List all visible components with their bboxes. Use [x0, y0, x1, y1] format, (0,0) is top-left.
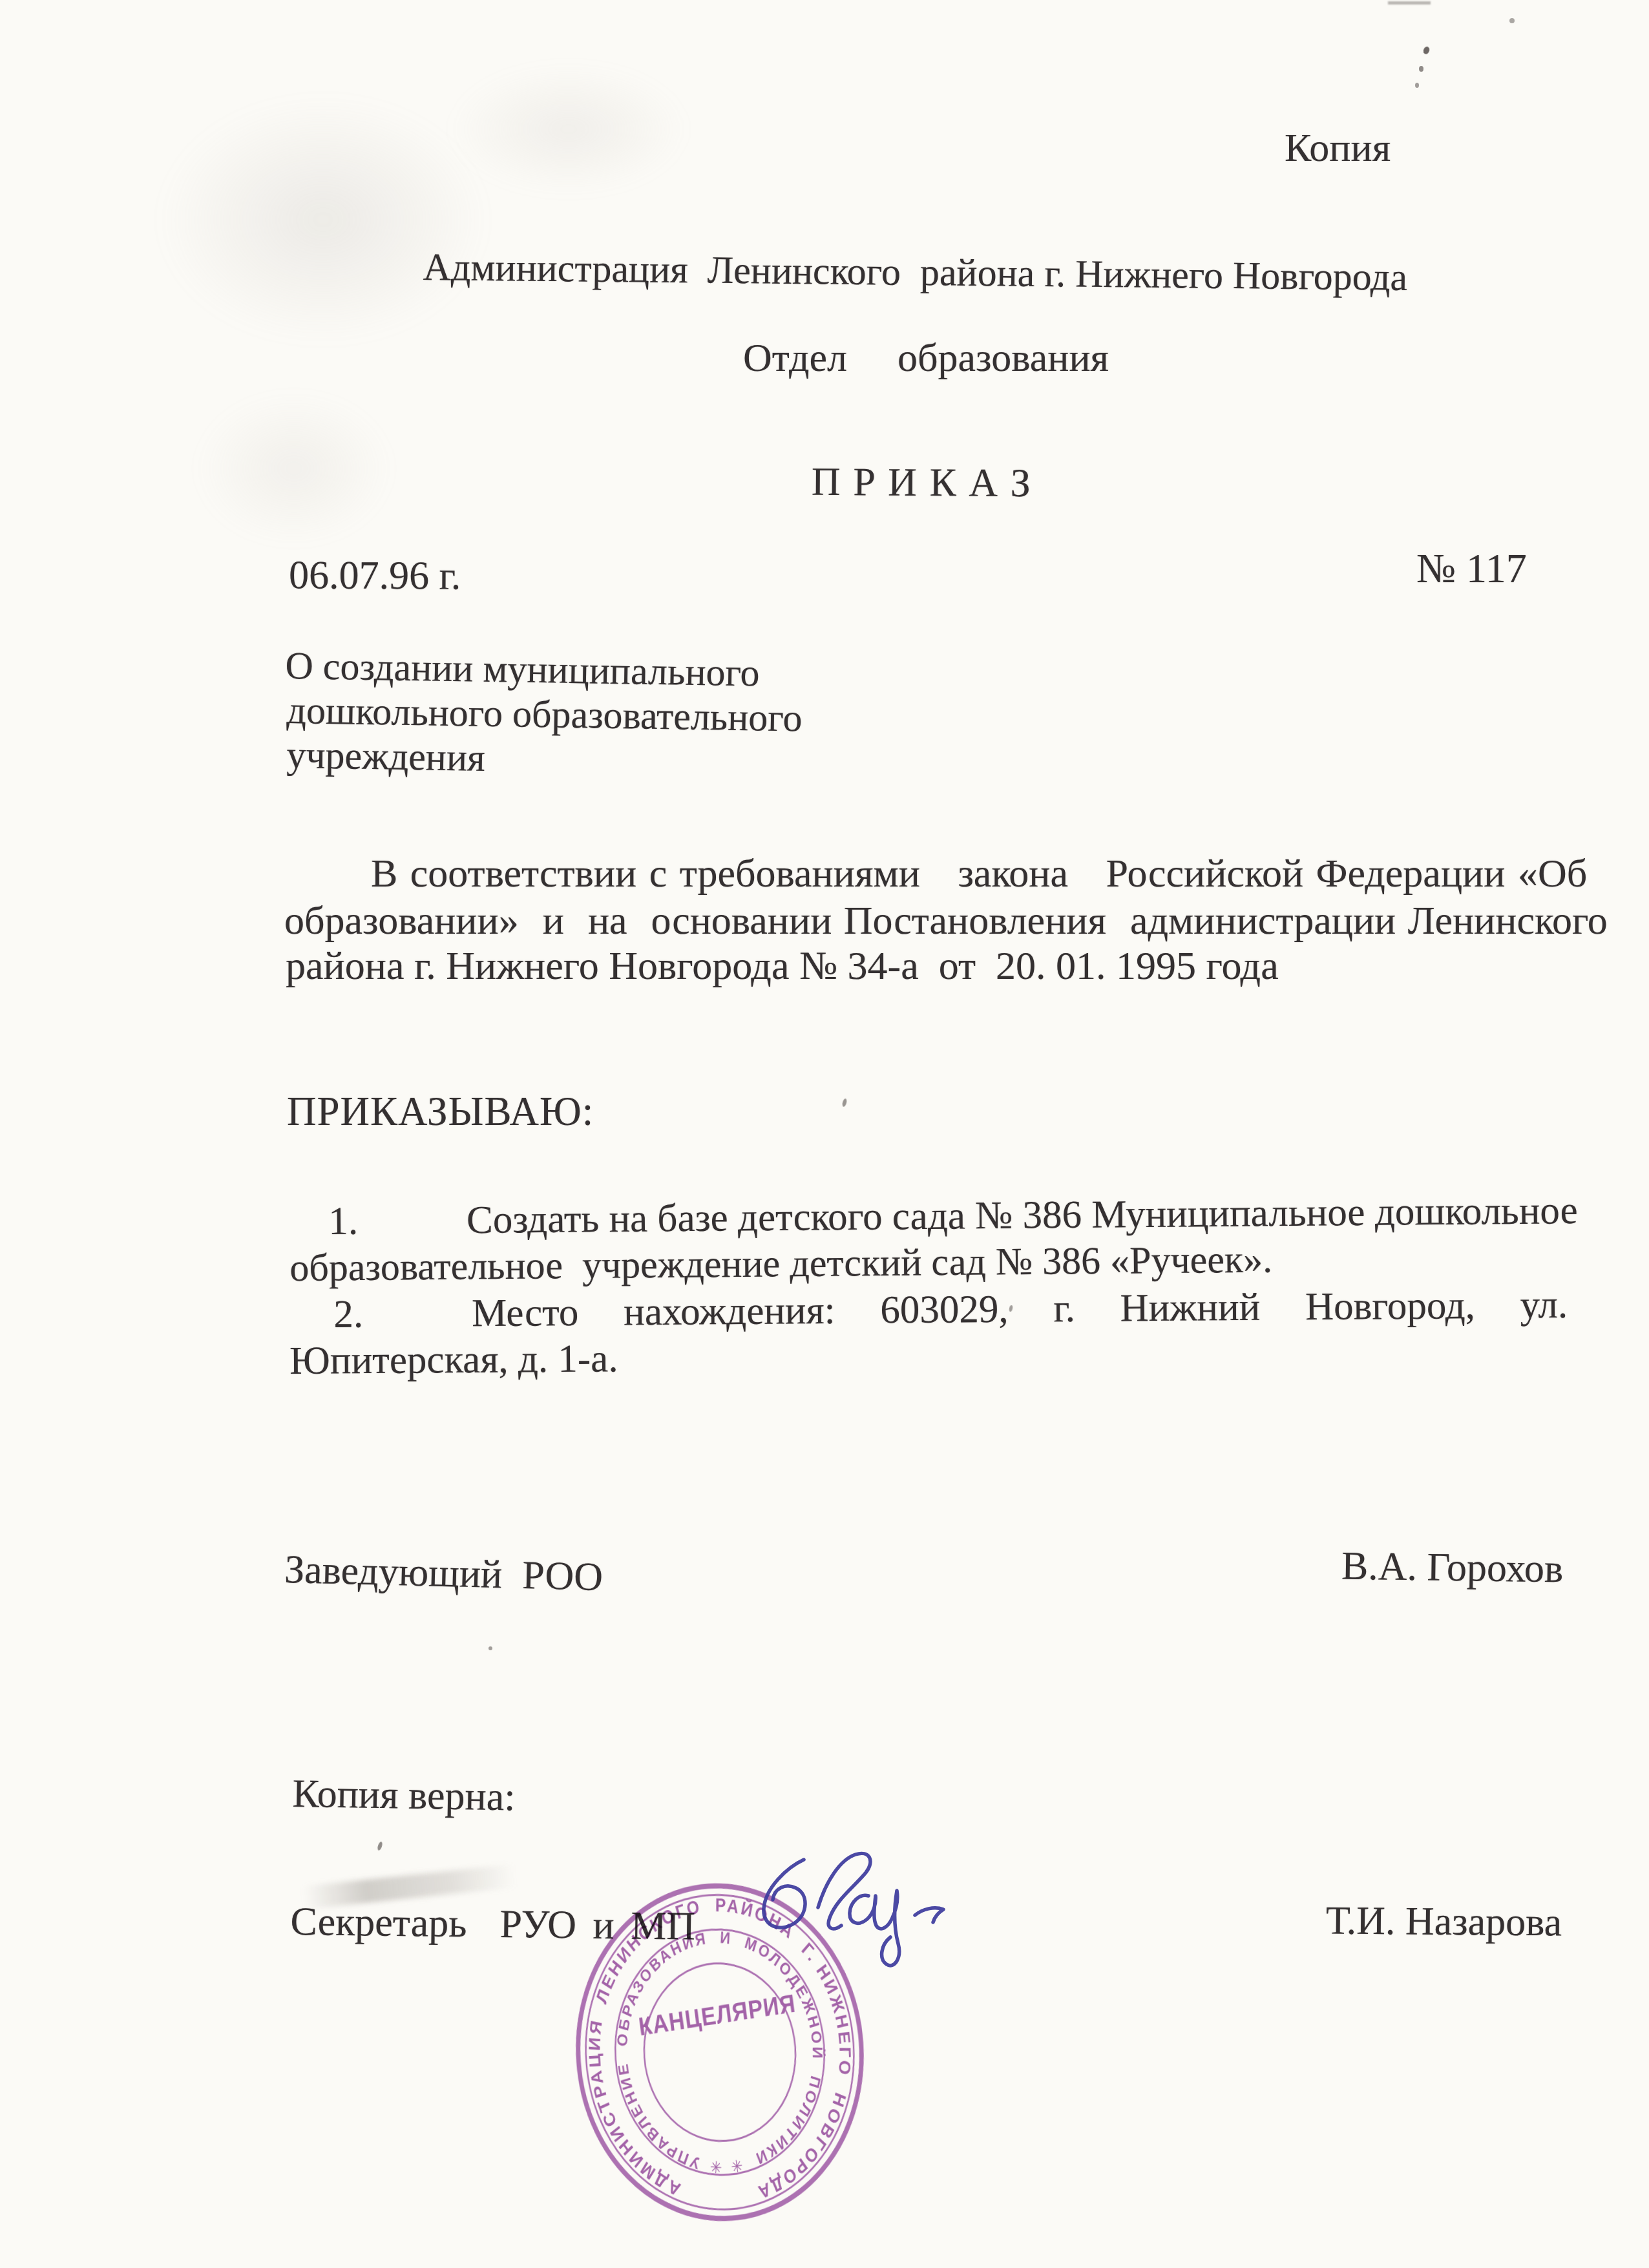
- signature-stroke: [764, 1860, 805, 1927]
- handwritten-signature: [742, 1845, 964, 1977]
- stamp-center-circle: [638, 1958, 802, 2147]
- signature-stroke: [818, 1853, 870, 1929]
- subject-line: О создании муниципального: [285, 645, 760, 694]
- stamp-center-label: КАНЦЕЛЯРИЯ: [637, 1989, 797, 2041]
- item-number: 2.: [333, 1293, 363, 1336]
- ink-speck: [841, 1098, 847, 1107]
- document-number: № 117: [1416, 546, 1527, 591]
- signer1-role: Заведующий РОО: [284, 1548, 603, 1599]
- ink-speck: [377, 1841, 383, 1851]
- scan-smudge: [97, 52, 549, 388]
- order-item-2: 2.Место нахождения: 603029, г. Нижний Но…: [333, 1284, 1568, 1336]
- order-item-1-continued: образовательное учреждение детский сад №…: [289, 1239, 1272, 1289]
- scan-smudge: [155, 362, 433, 575]
- order-keyword: ПРИКАЗЫВАЮ:: [287, 1089, 594, 1133]
- order-item-1: 1.Создать на базе детского сада № 386 Му…: [328, 1190, 1578, 1243]
- subject-line: дошкольного образовательного: [286, 689, 803, 739]
- order-item-2-continued: Юпитерская, д. 1-а.: [289, 1338, 618, 1382]
- item-text: Создать на базе детского сада № 386 Муни…: [467, 1189, 1578, 1242]
- organization-name: Администрация Ленинского района г. Нижне…: [423, 246, 1407, 299]
- signature-stroke: [915, 1908, 943, 1922]
- document-type-title: П Р И К А З: [812, 461, 1032, 505]
- ink-speck: [1415, 83, 1419, 88]
- document-date: 06.07.96 г.: [289, 554, 461, 598]
- item-text: Место нахождения: 603029, г. Нижний Новг…: [472, 1283, 1568, 1335]
- ink-speck: [1509, 18, 1515, 23]
- copy-certification: Копия верна:: [292, 1772, 516, 1819]
- subject-line: учреждения: [286, 734, 485, 779]
- ink-speck: [1422, 46, 1431, 55]
- copy-label: Копия: [1285, 127, 1391, 170]
- signer2-name: Т.И. Назарова: [1326, 1899, 1562, 1944]
- preamble-line: района г. Нижнего Новгорода № 34-а от 20…: [286, 945, 1279, 988]
- signer1-name: В.А. Горохов: [1341, 1545, 1564, 1591]
- preamble-line: В соответствии с требованиями закона Рос…: [371, 852, 1587, 896]
- item-number: 1.: [328, 1200, 358, 1243]
- ink-speck: [1419, 66, 1423, 72]
- ink-speck: [488, 1646, 492, 1650]
- scan-edge-mark: [1388, 1, 1431, 5]
- preamble-line: образовании» и на основании Постановлени…: [284, 899, 1608, 943]
- signature-stroke: [850, 1891, 899, 1966]
- department-name: Отдел образования: [743, 337, 1109, 380]
- scan-smudge: [401, 39, 737, 220]
